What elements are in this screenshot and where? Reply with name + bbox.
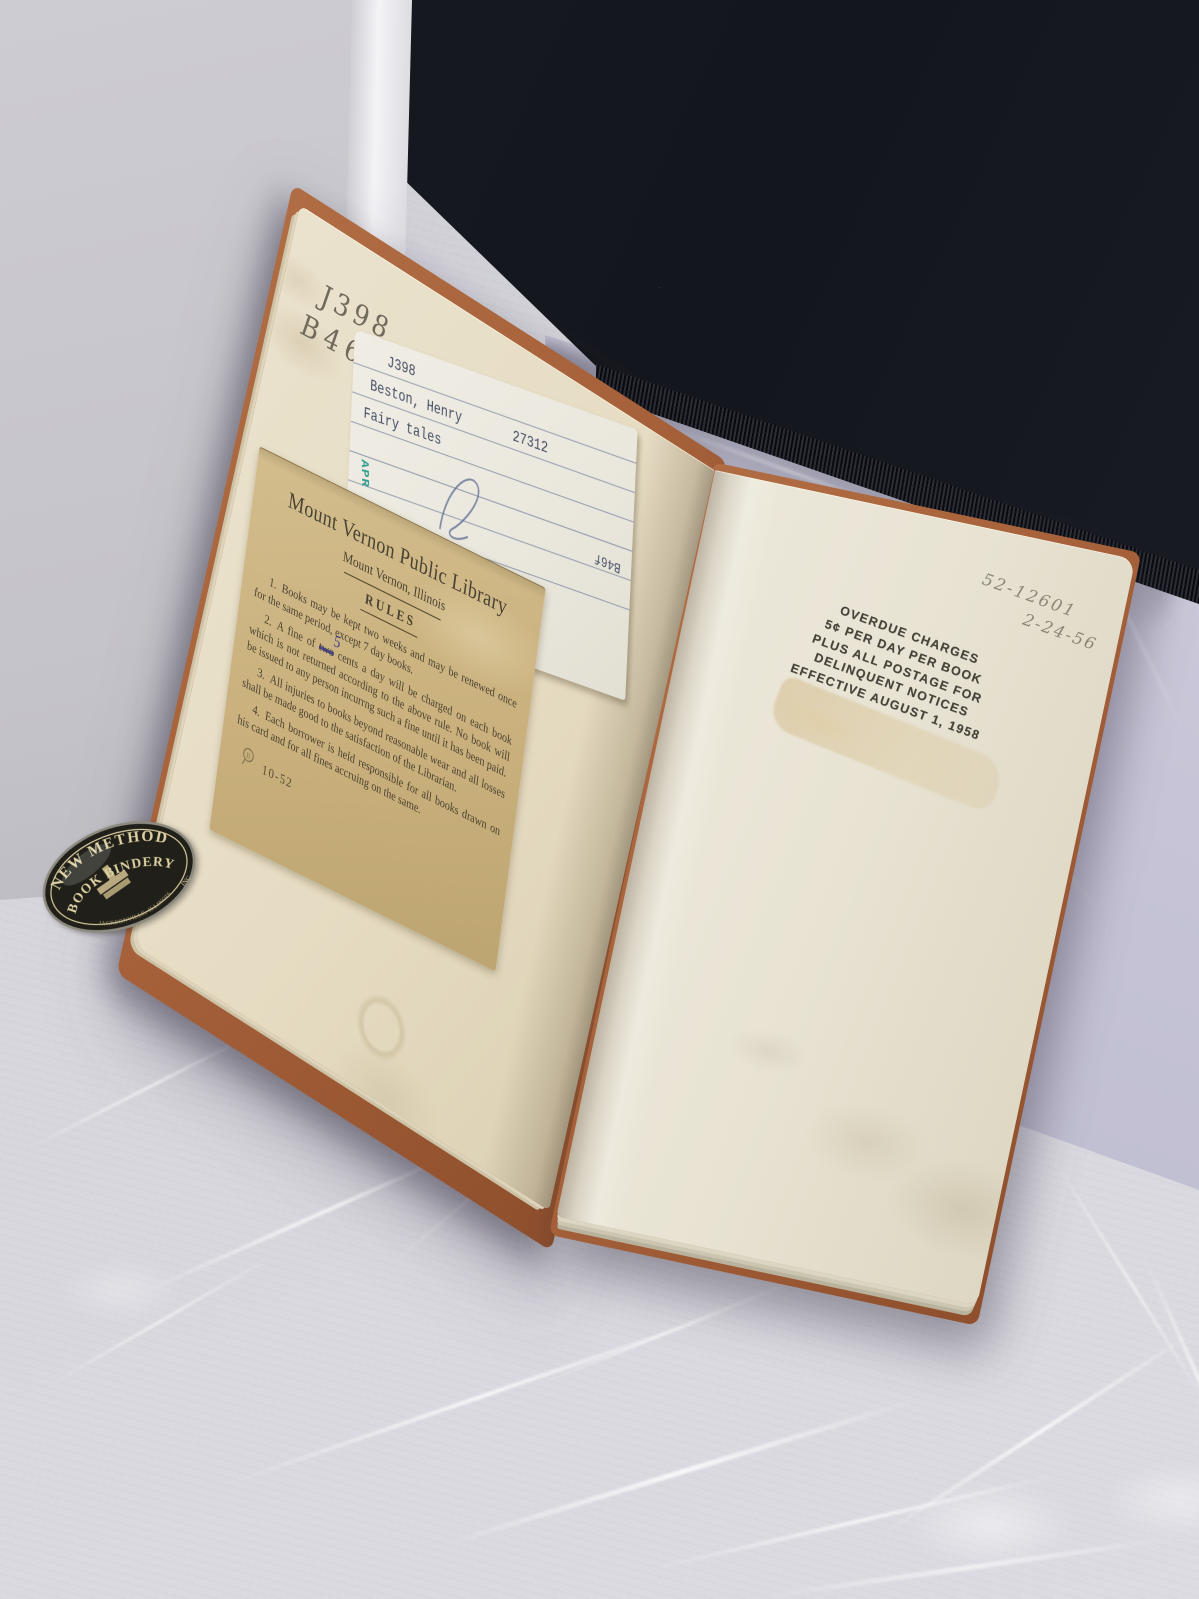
card-month-stamp: APR — [358, 458, 371, 489]
pocket-print-code: 10-52 — [261, 762, 294, 794]
svg-text:B: B — [246, 751, 251, 762]
open-book: J398 B46f J398 Beston, Henry 27312 Fairy… — [0, 0, 1199, 1599]
photo-scene: J398 B46f J398 Beston, Henry 27312 Fairy… — [0, 0, 1199, 1599]
handwritten-accession: 52-12601 2-24-56 — [972, 570, 1109, 655]
union-bug-icon: B — [239, 743, 258, 775]
